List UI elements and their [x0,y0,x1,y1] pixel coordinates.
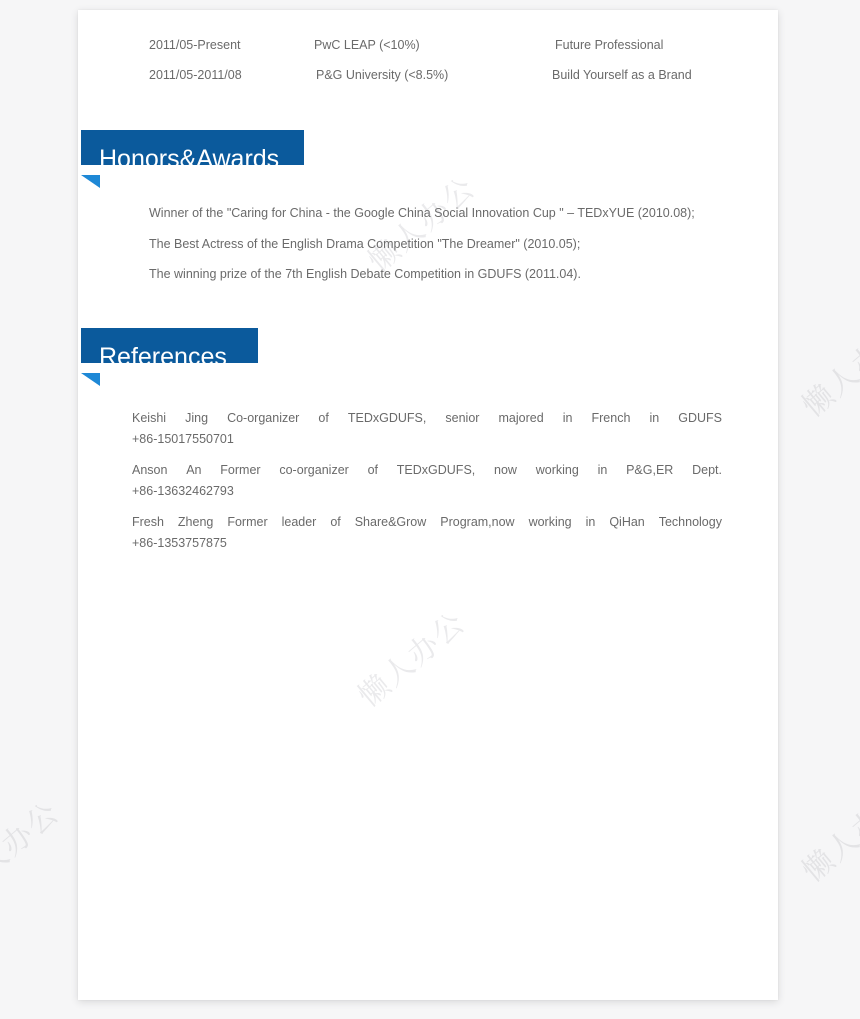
reference-desc-word: of [368,460,378,481]
reference-desc-word: Co-organizer [227,408,299,429]
reference-desc-word: co-organizer [279,460,348,481]
reference-line: AnsonAnFormerco-organizerofTEDxGDUFS,now… [132,460,722,481]
section-heading: References [99,345,227,363]
reference-desc-word: in [598,460,608,481]
reference-desc-word: Former [227,512,267,533]
resume-page: 2011/05-Present PwC LEAP (<10%) Future P… [78,10,778,1000]
reference-desc-word: Program,now [440,512,514,533]
reference-phone: +86-13632462793 [132,481,722,502]
reference-desc-word: leader [282,512,317,533]
reference-line: FreshZhengFormerleaderofShare&GrowProgra… [132,512,722,533]
watermark: 懒人办公 [791,309,860,425]
watermark: 懒人办公 [347,599,473,715]
reference-entry: KeishiJingCo-organizerofTEDxGDUFS,senior… [132,408,722,450]
reference-desc-word: of [318,408,328,429]
reference-name-word: An [186,460,201,481]
reference-phone: +86-1353757875 [132,533,722,554]
watermark: 懒人办公 [357,164,483,280]
reference-desc-word: P&G,ER [626,460,673,481]
reference-desc-word: QiHan [609,512,644,533]
reference-desc-word: in [649,408,659,429]
experience-title: Build Yourself as a Brand [552,68,692,82]
watermark: 懒人办公 [791,774,860,890]
reference-name-word: Zheng [178,512,213,533]
reference-desc-word: Share&Grow [355,512,427,533]
reference-desc-word: Technology [659,512,722,533]
reference-desc-word: majored [499,408,544,429]
experience-program: PwC LEAP (<10%) [314,38,420,52]
experience-title: Future Professional [555,38,663,52]
honor-item: The Best Actress of the English Drama Co… [149,237,580,251]
experience-period: 2011/05-Present [149,38,241,52]
reference-desc-word: Dept. [692,460,722,481]
reference-desc-word: French [592,408,631,429]
reference-desc-word: of [330,512,340,533]
reference-desc-word: now [494,460,517,481]
reference-desc-word: Former [220,460,260,481]
reference-desc-word: in [563,408,573,429]
reference-name-word: Fresh [132,512,164,533]
experience-period: 2011/05-2011/08 [149,68,242,82]
reference-name-word: Anson [132,460,167,481]
honor-item: The winning prize of the 7th English Deb… [149,267,581,281]
honor-item: Winner of the "Caring for China - the Go… [149,206,695,220]
experience-program: P&G University (<8.5%) [316,68,448,82]
reference-desc-word: senior [445,408,479,429]
reference-name-word: Keishi [132,408,166,429]
reference-entry: AnsonAnFormerco-organizerofTEDxGDUFS,now… [132,460,722,502]
watermark: 懒人办公 [0,789,67,905]
reference-desc-word: in [586,512,596,533]
reference-desc-word: TEDxGDUFS, [397,460,475,481]
banner-fold-triangle [81,373,100,386]
banner-fold-triangle [81,175,100,188]
reference-name-word: Jing [185,408,208,429]
reference-desc-word: GDUFS [678,408,722,429]
reference-line: KeishiJingCo-organizerofTEDxGDUFS,senior… [132,408,722,429]
section-heading: Honors&Awards [99,147,279,165]
section-banner-references: References [81,328,258,363]
reference-entry: FreshZhengFormerleaderofShare&GrowProgra… [132,512,722,554]
reference-desc-word: TEDxGDUFS, [348,408,426,429]
reference-desc-word: working [529,512,572,533]
reference-desc-word: working [536,460,579,481]
reference-phone: +86-15017550701 [132,429,722,450]
section-banner-honors: Honors&Awards [81,130,304,165]
